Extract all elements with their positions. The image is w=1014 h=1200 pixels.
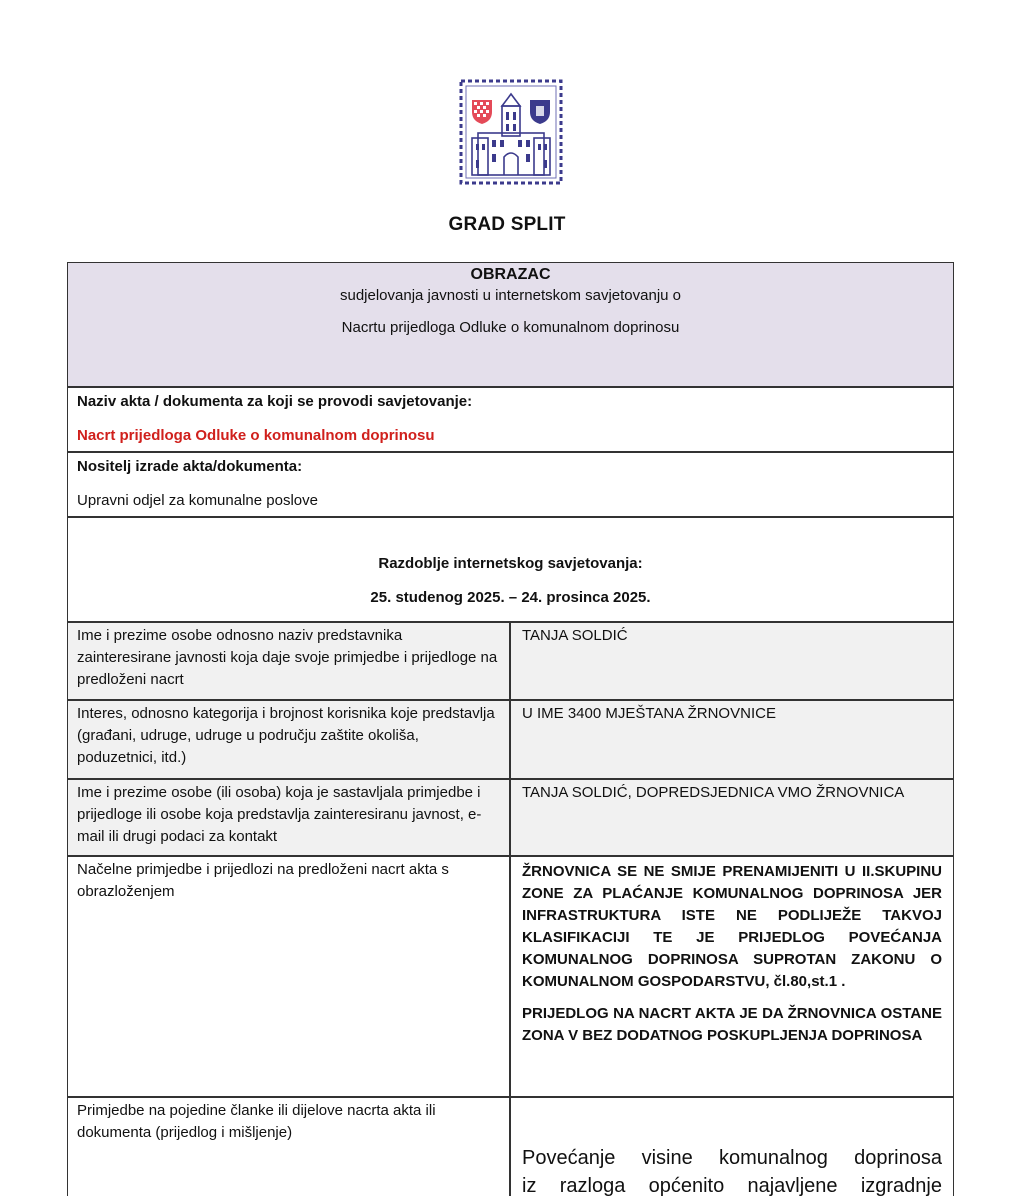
table-row: Primjedbe na pojedine članke ili dijelov… <box>68 1096 953 1196</box>
row-value: ŽRNOVNICA SE NE SMIJE PRENAMIJENITI U II… <box>511 857 953 1096</box>
row-label: Primjedbe na pojedine članke ili dijelov… <box>68 1098 511 1196</box>
author-section: Nositelj izrade akta/dokumenta: Upravni … <box>68 453 953 518</box>
article-remarks-line2: iz razloga općenito najavljene izgradnje <box>522 1172 942 1200</box>
row-value: U IME 3400 MJEŠTANA ŽRNOVNICE <box>511 701 953 778</box>
form-subtitle-line2: Nacrtu prijedloga Odluke o komunalnom do… <box>68 317 953 339</box>
row-label: Ime i prezime osobe odnosno naziv predst… <box>68 623 511 699</box>
form-subtitle-line1: sudjelovanja javnosti u internetskom sav… <box>68 285 953 307</box>
row-value: TANJA SOLDIĆ <box>511 623 953 699</box>
split-coat-of-arms-logo <box>458 78 564 186</box>
table-row: Ime i prezime osobe odnosno naziv predst… <box>68 621 953 699</box>
period-label: Razdoblje internetskog savjetovanja: <box>77 554 944 574</box>
remarks-paragraph-1: ŽRNOVNICA SE NE SMIJE PRENAMIJENITI U II… <box>522 861 942 993</box>
article-remarks-line1: Povećanje visine komunalnog doprinosa <box>522 1144 942 1172</box>
act-name-value: Nacrt prijedloga Odluke o komunalnom dop… <box>77 426 944 446</box>
row-label: Načelne primjedbe i prijedlozi na predlo… <box>68 857 511 1096</box>
author-label: Nositelj izrade akta/dokumenta: <box>77 457 944 477</box>
table-row: Ime i prezime osobe (ili osoba) koja je … <box>68 778 953 855</box>
form-header: OBRAZAC sudjelovanja javnosti u internet… <box>68 263 953 388</box>
row-label: Ime i prezime osobe (ili osoba) koja je … <box>68 780 511 855</box>
row-value: TANJA SOLDIĆ, DOPREDSJEDNICA VMO ŽRNOVNI… <box>511 780 953 855</box>
table-row: Načelne primjedbe i prijedlozi na predlo… <box>68 855 953 1096</box>
row-label: Interes, odnosno kategorija i brojnost k… <box>68 701 511 778</box>
consultation-form: OBRAZAC sudjelovanja javnosti u internet… <box>67 262 954 1196</box>
period-section: Razdoblje internetskog savjetovanja: 25.… <box>68 518 953 621</box>
split-city-coat-of-arms-icon <box>458 78 564 186</box>
remarks-paragraph-2: PRIJEDLOG NA NACRT AKTA JE DA ŽRNOVNICA … <box>522 1003 942 1047</box>
act-name-section: Naziv akta / dokumenta za koji se provod… <box>68 388 953 453</box>
form-title: OBRAZAC <box>68 265 953 285</box>
table-row: Interes, odnosno kategorija i brojnost k… <box>68 699 953 778</box>
act-name-label: Naziv akta / dokumenta za koji se provod… <box>77 392 944 412</box>
row-value: Povećanje visine komunalnog doprinosa iz… <box>511 1098 953 1196</box>
author-value: Upravni odjel za komunalne poslove <box>77 491 944 511</box>
city-title: GRAD SPLIT <box>0 214 1014 236</box>
period-value: 25. studenog 2025. – 24. prosinca 2025. <box>77 589 944 606</box>
